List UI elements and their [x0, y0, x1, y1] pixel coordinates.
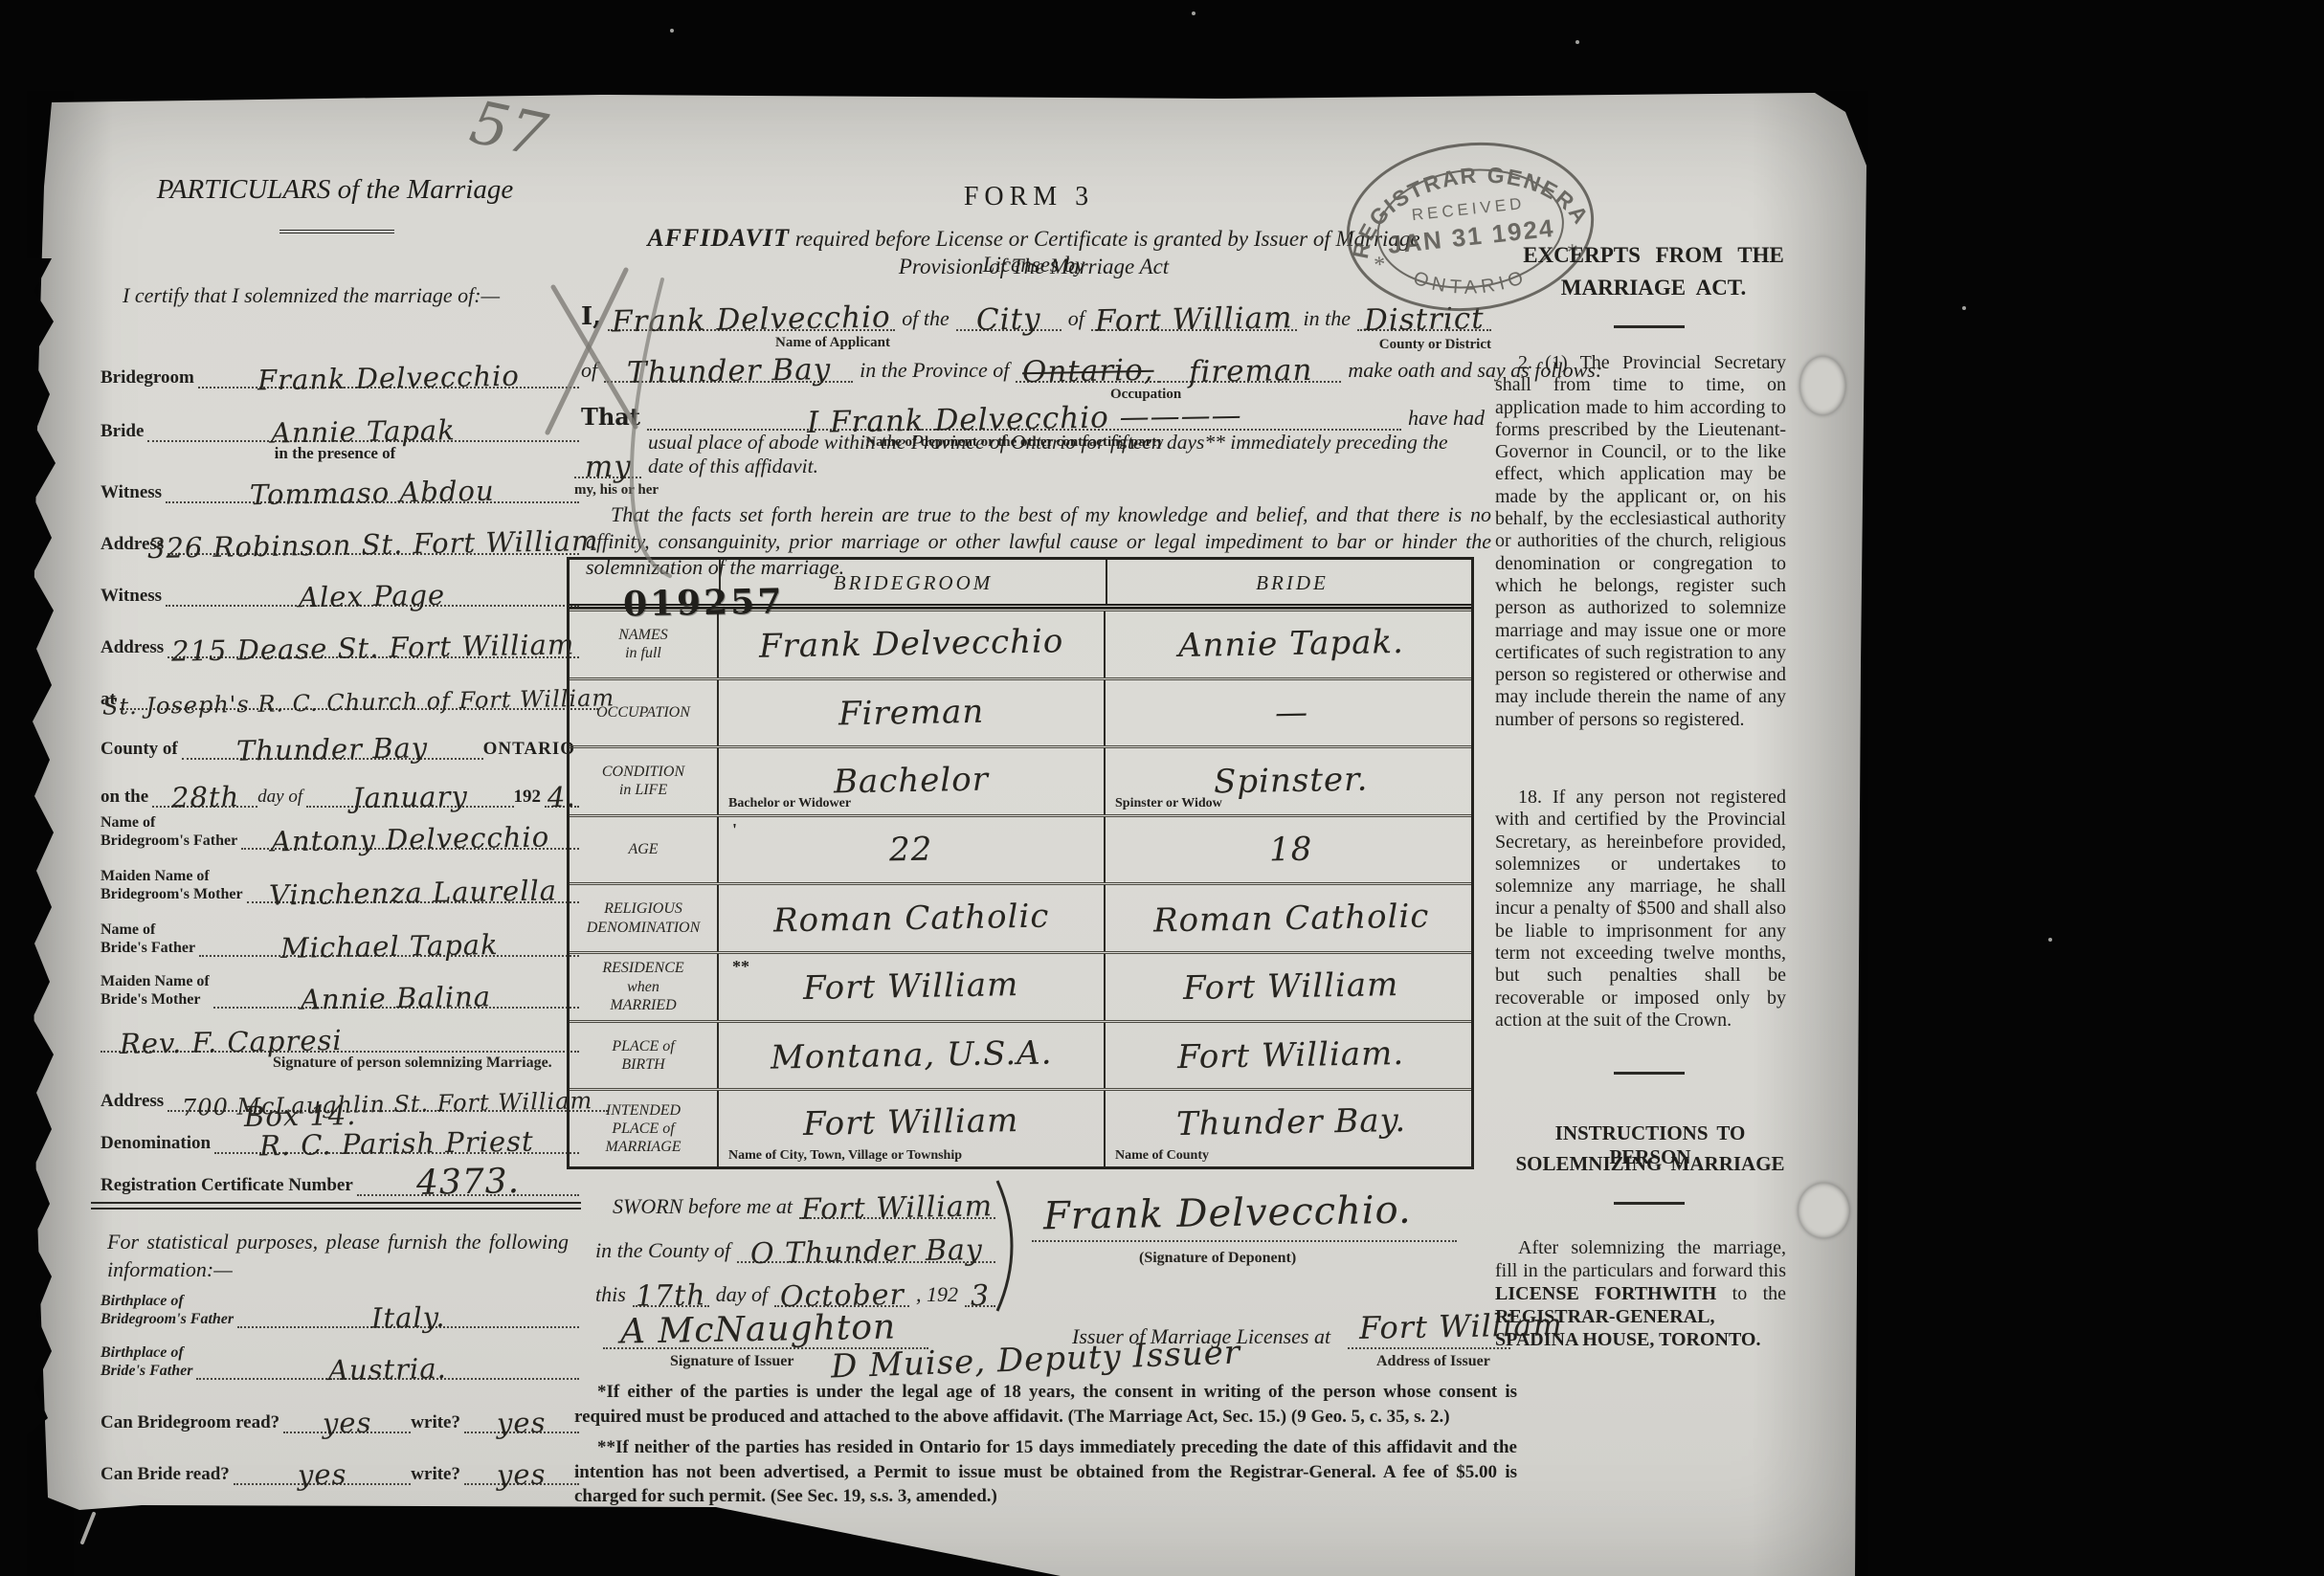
excerpts-divider [1614, 325, 1685, 328]
field-line: Austria. [196, 1356, 579, 1380]
field-birthplace-bride-father: Birthplace of Bride's Father Austria. [101, 1343, 579, 1380]
column-header-bride: BRIDE [1106, 560, 1477, 604]
deponent-line: That I Frank Delvecchio ———— have had Na… [574, 394, 1491, 431]
field-line: Annie Balina [213, 985, 579, 1009]
field-line: Michael Tapak [199, 933, 579, 957]
field-label: Birthplace of Bridegroom's Father [101, 1293, 237, 1328]
sworn-year: 3 [971, 1282, 991, 1311]
handwritten-value: Alex Page [299, 582, 446, 612]
row-label: PLACE of BIRTH [570, 1023, 719, 1089]
field-bridegroom: Bridegroom Frank Delvecchio [101, 352, 579, 388]
row-label: CONDITION in LIFE [570, 748, 719, 814]
handwritten-value: yes [497, 1410, 547, 1438]
bride-value: Spinster. [1214, 764, 1369, 799]
sworn-line3: this 17th day of October , 192 3 [595, 1271, 995, 1307]
year-printed: 192 [514, 787, 546, 808]
film-speck [1575, 40, 1579, 44]
instructions-divider [1614, 1202, 1685, 1205]
field-bride-mother: Maiden Name of Bride's Mother Annie Bali… [101, 972, 579, 1009]
handwritten-value: yes [298, 1461, 347, 1490]
field-line: St. Joseph's R. C. Church of Fort Willia… [120, 691, 598, 710]
field-label: Address [101, 637, 168, 658]
printed-text: , 192 [916, 1282, 958, 1307]
applicant-place: Fort William [1095, 303, 1293, 337]
province-label: ONTARIO [483, 739, 579, 760]
field-label: day of [257, 787, 306, 808]
table-row-condition: CONDITION in LIFE BachelorBachelor or Wi… [570, 745, 1471, 814]
pronoun-value: my [584, 453, 631, 483]
groom-value: Bachelor [834, 764, 989, 799]
stamp-arc-bottom: ONTARIO [1409, 256, 1531, 305]
field-line: Tommaso Abdou [166, 479, 579, 503]
sworn-line1: SWORN before me at Fort William [613, 1183, 995, 1219]
bride-value: — [1274, 697, 1308, 730]
handwritten-value: Tommaso Abdou [250, 477, 495, 509]
printed-text: day of [716, 1282, 768, 1307]
field-line: I Frank Delvecchio ———— [647, 405, 1401, 431]
province-value: Ontario, [1021, 356, 1153, 388]
sworn-county: O Thunder Bay [749, 1236, 982, 1269]
handwritten-value: yes [497, 1461, 547, 1490]
field-label: Address [101, 1091, 168, 1112]
field-line: my [574, 453, 641, 478]
field-groom-father: Name of Bridegroom's Father Antony Delve… [101, 813, 579, 850]
field-line: 326 Robinson St. Fort William [168, 531, 579, 555]
field-label: Bride [101, 421, 147, 442]
handwritten-value: Annie Balina [301, 983, 492, 1013]
field-label: Witness [101, 482, 166, 503]
field-line: Frank Delvecchio [608, 305, 895, 331]
field-line: fireman [1159, 357, 1341, 383]
instructions-text: to the [1716, 1283, 1786, 1304]
solemnizer-caption: Signature of person solemnizing Marriage… [273, 1054, 552, 1072]
table-row-religion: RELIGIOUS DENOMINATION Roman Catholic Ro… [570, 882, 1471, 951]
row-label: INTENDED PLACE of MARRIAGE [570, 1091, 719, 1166]
printed-text: this [595, 1282, 626, 1307]
cell-caption: Name of County [1115, 1148, 1209, 1164]
printed-text: of [1068, 306, 1084, 331]
cell-caption: Spinster or Widow [1115, 796, 1222, 811]
issuer-signature: A McNaughton [620, 1310, 897, 1349]
field-line: 215 Dease St. Fort William [168, 634, 579, 658]
bride-value: 18 [1269, 833, 1313, 867]
printed-text: in the [1304, 306, 1352, 331]
printed-text: in the County of [595, 1238, 730, 1263]
sworn-line2: in the County of O Thunder Bay [595, 1227, 995, 1263]
affidavit-table: 019257 BRIDEGROOM BRIDE NAMES in full Fr… [567, 557, 1474, 1169]
bride-value: Annie Tapak. [1178, 626, 1404, 662]
field-label: Can Bride read? [101, 1464, 234, 1485]
field-line: R. C. Parish Priest [214, 1130, 579, 1154]
field-line: yes [464, 1461, 579, 1485]
field-line: yes [464, 1410, 579, 1433]
field-line: Rev. F. Capresi [101, 1029, 579, 1053]
field-church: at St. Joseph's R. C. Church of Fort Wil… [101, 674, 598, 710]
field-witness2: Witness Alex Page [101, 570, 579, 607]
groom-value: Frank Delvecchio [759, 626, 1064, 664]
field-label: Maiden Name of Bride's Mother [101, 973, 213, 1009]
municipality-type: City [976, 304, 1041, 335]
issuer-signature-caption: Signature of Issuer [670, 1353, 794, 1370]
table-row-age: AGE '22 18 [570, 814, 1471, 883]
field-line: Antony Delvecchio [241, 826, 579, 850]
field-address1: Address 326 Robinson St. Fort William [101, 519, 579, 555]
field-line: 28th [152, 784, 257, 808]
field-line: Thunder Bay [604, 357, 853, 383]
film-speck [670, 29, 674, 33]
bride-value: Fort William. [1177, 1037, 1405, 1074]
county-value: Thunder Bay [626, 355, 831, 388]
bride-value: Thunder Bay. [1176, 1104, 1407, 1141]
handwritten-value: Thunder Bay [236, 734, 429, 765]
instructions-text: After solemnizing the marriage, fill in … [1495, 1237, 1786, 1281]
field-line: City [956, 305, 1061, 331]
instructions-top-divider [1614, 1072, 1685, 1075]
field-line: Thunder Bay [182, 736, 483, 760]
table-row-occupation: OCCUPATION Fireman — [570, 677, 1471, 746]
printed-text: usual place of abode within the Province… [648, 431, 1485, 478]
field-groom-mother: Maiden Name of Bridegroom's Mother Vinch… [101, 867, 579, 903]
field-label: write? [411, 1412, 464, 1433]
cell-mark: ' [732, 820, 737, 840]
handwritten-day: 28th [170, 783, 239, 811]
field-line: 17th [633, 1282, 709, 1307]
field-line: Fort William [799, 1194, 995, 1219]
field-address2: Address 215 Dease St. Fort William [101, 622, 579, 658]
handwritten-value: R. C. Parish Priest [259, 1128, 534, 1161]
field-county: County of Thunder Bay ONTARIO [101, 723, 579, 760]
excerpts-title-line1: EXCERPTS FROM THE [1517, 243, 1790, 268]
field-label: Name of Bridegroom's Father [101, 814, 241, 850]
certify-line: I certify that I solemnized the marriage… [123, 283, 563, 308]
field-line: October [774, 1282, 909, 1307]
form-number: FORM 3 [861, 182, 1196, 212]
field-label: Maiden Name of Bridegroom's Mother [101, 868, 247, 903]
svg-text:ONTARIO: ONTARIO [1409, 256, 1531, 305]
handwritten-value: 4373. [416, 1165, 521, 1201]
field-line: Annie Tapak [147, 418, 579, 442]
field-label: County of [101, 739, 182, 760]
field-line: Vinchenza Laurella [247, 879, 579, 903]
groom-value: Fort William [803, 968, 1019, 1005]
field-line: O Thunder Bay [737, 1238, 995, 1263]
abode-line: my usual place of abode within the Provi… [574, 442, 1491, 478]
excerpts-title-line2: MARRIAGE ACT. [1517, 276, 1790, 300]
paper-punch-hole [1799, 356, 1845, 415]
sworn-place: Fort William [801, 1192, 994, 1224]
sworn-day: 17th [636, 1281, 706, 1311]
handwritten-value: Italy. [371, 1303, 446, 1332]
handwritten-value: 215 Dease St. Fort William [171, 631, 575, 665]
groom-value: Fireman [838, 696, 985, 731]
row-label: OCCUPATION [570, 680, 719, 746]
footnote-2: **If neither of the parties has resided … [574, 1435, 1517, 1509]
field-label: Can Bridegroom read? [101, 1412, 283, 1433]
field-label: Name of Bride's Father [101, 921, 199, 957]
printed-text: in the Province of [860, 358, 1009, 383]
field-groom-literacy: Can Bridegroom read? yes write? yes [101, 1397, 579, 1433]
printed-text: of [581, 358, 597, 383]
handwritten-value: Antony Delvecchio [271, 823, 550, 855]
stamp-star-left: * [1373, 253, 1387, 278]
scanned-document-canvas: PARTICULARS of the Marriage I certify th… [0, 0, 2324, 1576]
printed-text: SWORN before me at [613, 1194, 793, 1219]
affidavit-title-line2: Provision of The Marriage Act [613, 255, 1455, 279]
cell-caption: Bachelor or Widower [728, 796, 851, 811]
field-label: on the [101, 787, 152, 808]
field-line: January [306, 784, 513, 808]
field-denomination: Denomination R. C. Parish Priest [101, 1118, 579, 1154]
field-bride-literacy: Can Bride read? yes write? yes [101, 1449, 579, 1485]
paper-punch-hole [1798, 1183, 1849, 1238]
field-line: 4373. [357, 1165, 579, 1196]
deponent-signature-caption: (Signature of Deponent) [1139, 1250, 1296, 1267]
field-date: on the 28th day of January 192 4. [101, 771, 579, 808]
marriage-act-section-18: 18. If any person not registered with an… [1495, 787, 1786, 1032]
field-label: write? [411, 1464, 464, 1485]
issuer-place-line [1348, 1347, 1510, 1349]
particulars-title: PARTICULARS of the Marriage [144, 174, 526, 206]
field-solemnizer-signature: Rev. F. Capresi [101, 1016, 579, 1053]
field-line: 700 McLaughlin St. Fort William [168, 1093, 608, 1112]
footnote-1: *If either of the parties is under the l… [574, 1380, 1517, 1429]
applicant-name: Frank Delvecchio [612, 302, 891, 337]
groom-value: Fort William [803, 1104, 1019, 1141]
presence-caption: in the presence of [220, 444, 450, 463]
field-label: Birthplace of Bride's Father [101, 1344, 196, 1380]
statistical-intro: For statistical purposes, please furnish… [107, 1229, 569, 1283]
issuer-address-caption: Address of Issuer [1376, 1353, 1490, 1370]
field-bride: Bride Annie Tapak [101, 406, 579, 442]
field-label: Denomination [101, 1133, 214, 1154]
handwritten-value: yes [323, 1410, 372, 1438]
handwritten-value: Vinchenza Laurella [269, 877, 557, 909]
sworn-brace [992, 1179, 1030, 1313]
deponent-signature: Frank Delvecchio. [1043, 1191, 1412, 1236]
handwritten-value: Annie Tapak [271, 416, 456, 447]
field-label: Bridegroom [101, 367, 198, 388]
cell-mark: ** [732, 957, 749, 977]
section-divider-rule [91, 1202, 581, 1210]
film-speck [1192, 11, 1196, 15]
film-speck [2048, 938, 2052, 942]
affidavit-word: AFFIDAVIT [647, 224, 790, 252]
printed-text: have had [1408, 406, 1485, 431]
instructions-bold-license: LICENSE FORTHWITH [1495, 1283, 1716, 1304]
field-line: Ontario, [1016, 357, 1159, 383]
groom-value: Roman Catholic [773, 899, 1050, 937]
field-birthplace-groom-father: Birthplace of Bridegroom's Father Italy. [101, 1292, 579, 1328]
occupation-value: fireman [1188, 356, 1312, 388]
groom-value: Montana, U.S.A. [770, 1036, 1052, 1074]
table-row-residence: RESIDENCE when MARRIED **Fort William Fo… [570, 951, 1471, 1020]
field-line: Italy. [237, 1304, 579, 1328]
printed-I: I, [581, 302, 601, 331]
table-row-birthplace: PLACE of BIRTH Montana, U.S.A. Fort Will… [570, 1020, 1471, 1089]
field-bride-father: Name of Bride's Father Michael Tapak [101, 921, 579, 957]
film-speck [1962, 306, 1966, 310]
field-registration-number: Registration Certificate Number 4373. [101, 1160, 579, 1196]
instructions-title-line2: SOLEMNIZING MARRIAGE [1510, 1152, 1790, 1176]
marriage-act-section-2: 2. (1) The Provincial Secretary shall fr… [1495, 352, 1786, 731]
row-label: AGE [570, 817, 719, 883]
printed-text: of the [902, 306, 950, 331]
field-line: Fort William [1091, 305, 1297, 331]
field-witness1: Witness Tommaso Abdou [101, 467, 579, 503]
signature-line [1032, 1240, 1457, 1242]
instructions-bold-registrar: REGISTRAR-GENERAL, SPADINA HOUSE, TORONT… [1495, 1306, 1760, 1350]
printed-that: That [581, 403, 640, 431]
handwritten-value: 326 Robinson St. Fort William [147, 527, 599, 563]
table-row-intended-place: INTENDED PLACE of MARRIAGE Fort WilliamN… [570, 1088, 1471, 1166]
handwritten-value: Austria. [328, 1355, 447, 1385]
pronoun-caption: my, his or her [574, 482, 659, 499]
field-line: yes [234, 1461, 412, 1485]
field-label: Registration Certificate Number [101, 1175, 357, 1196]
handwritten-value: Michael Tapak [279, 931, 498, 963]
groom-value: 22 [889, 833, 933, 867]
bride-value: Roman Catholic [1153, 899, 1430, 937]
field-line: yes [283, 1410, 411, 1433]
paper-deckle-edge [27, 258, 69, 1435]
title-divider [279, 230, 394, 233]
instructions-paragraph: After solemnizing the marriage, fill in … [1495, 1236, 1786, 1351]
cell-caption: Name of City, Town, Village or Township [728, 1148, 962, 1164]
row-label: RESIDENCE when MARRIED [570, 954, 719, 1020]
field-line: Alex Page [166, 583, 579, 607]
field-label: Witness [101, 586, 166, 607]
field-line: Frank Delvecchio [198, 365, 579, 388]
handwritten-month: January [352, 783, 468, 812]
row-label: RELIGIOUS DENOMINATION [570, 885, 719, 951]
handwritten-value: Frank Delvecchio [257, 363, 520, 395]
bride-value: Fort William [1183, 968, 1399, 1005]
applicant-line2: of Thunder Bay in the Province of Ontari… [574, 346, 1491, 383]
